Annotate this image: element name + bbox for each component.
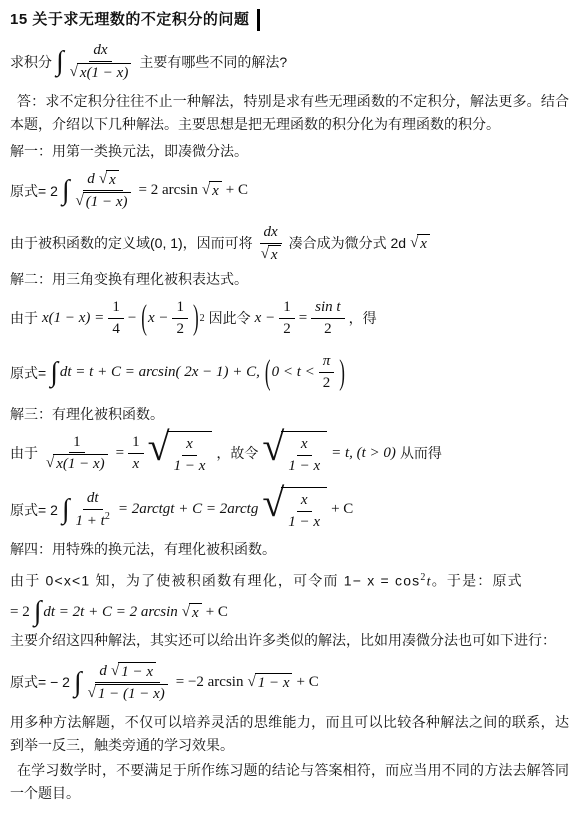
radicand: x1 − x [281, 487, 327, 532]
text-caret [257, 9, 260, 31]
math-fragment: 由于 [10, 308, 38, 328]
math-fragment: 由于 [10, 443, 38, 463]
note-pre: 由于被积函数的定义域(0, 1)，因而可将 [10, 233, 253, 253]
sqrt: √1 − x [111, 662, 156, 681]
fraction-numerator: dx [89, 41, 111, 62]
math-fragment: d [99, 663, 107, 679]
math-fragment: x(1 − x) = [42, 310, 104, 327]
note-mid: 凑合成为微分式 2d [289, 233, 406, 253]
integral-sign: ∫ [34, 599, 42, 624]
fraction-numerator: 1 [172, 298, 188, 319]
solution2-line2: 原式= ∫ dt = t + C = arcsin( 2x − 1) + C, … [10, 352, 569, 393]
solution3-heading: 解三：有理化被积函数。 [10, 403, 569, 425]
fraction-denominator: 1 − x [284, 512, 324, 532]
fraction-denominator: x [129, 454, 144, 474]
math-fragment: x − [255, 310, 276, 327]
title-row: 15 关于求无理数的不定积分的问题 [10, 8, 569, 31]
fraction-numerator: x [297, 435, 312, 456]
solution4-line2: = 2 ∫ dt = 2t + C = 2 arcsin √x + C [10, 599, 569, 624]
fraction-numerator: sin t [311, 298, 344, 319]
solution2-line1: 由于 x(1 − x) = 14 − ( x − 12 ) 2 因此令 x − … [10, 298, 569, 339]
fraction-numerator: 1 [108, 298, 124, 319]
big-paren-right: ) [339, 352, 345, 393]
math-fragment: 由于 0<x<1 知，为了使被积函数有理化，可令而 1− x = cos [10, 572, 420, 588]
fraction: 12 [279, 298, 295, 339]
math-fragment: = t, (t > 0) [331, 445, 396, 462]
radicand: x [106, 170, 119, 189]
radicand: (1 − x) [83, 192, 131, 211]
big-paren-right: ) [193, 298, 199, 339]
sqrt: √(1 − x) [76, 192, 131, 211]
sqrt: √1 − x [247, 673, 292, 692]
fraction-denominator: √(1 − x) [72, 191, 135, 211]
solution2-heading: 解二：用三角变换有理化被积表达式。 [10, 268, 569, 290]
math-fragment: = 2arctgt + C = 2arctg [118, 501, 259, 518]
radicand: x(1 − x) [53, 454, 107, 473]
math-fragment: d [87, 171, 95, 187]
formula-lhs: 原式= [10, 363, 46, 383]
sqrt: √x [182, 603, 202, 622]
integral-sign: ∫ [56, 49, 64, 74]
fraction-denominator: √x(1 − x) [42, 453, 112, 473]
sqrt-tall: √x1 − x [262, 487, 327, 532]
solution4-heading: 解四：用特殊的换元法，有理化被积函数。 [10, 538, 569, 560]
page-title: 15 关于求无理数的不定积分的问题 [10, 11, 249, 28]
question-post: 主要有哪些不同的解法? [139, 52, 287, 72]
sqrt: √x [99, 170, 119, 189]
math-fragment: 。于是：原式 [432, 572, 523, 588]
math-fragment: − [128, 310, 136, 327]
fraction-numerator: dx [260, 223, 282, 244]
math-fragment: = [116, 445, 124, 462]
superscript: 2 [105, 511, 110, 522]
radicand: x1 − x [281, 431, 327, 476]
solution1-note: 由于被积函数的定义域(0, 1)，因而可将 dx √x 凑合成为微分式 2d √… [10, 223, 569, 264]
fraction: π2 [319, 352, 335, 393]
fraction: dx √x(1 − x) [66, 41, 136, 82]
closing-paragraph-2: 在学习数学时，不要满足于所作练习题的结论与答案相符，而应当用不同的方法去解答同一… [10, 759, 569, 805]
solution1-formula: 原式= 2 ∫ d √x √(1 − x) = 2 arcsin √x + C [10, 170, 569, 211]
math-fragment: x − [148, 310, 169, 327]
sqrt-tall: √x1 − x [148, 431, 213, 476]
radicand: 1 − x [255, 673, 293, 692]
sqrt: √x [410, 234, 430, 253]
solution4-line1: 由于 0<x<1 知，为了使被积函数有理化，可令而 1− x = cos2t。于… [10, 566, 569, 594]
solution3-line2: 原式= 2 ∫ dt 1 + t2 = 2arctgt + C = 2arctg… [10, 487, 569, 532]
fraction-denominator: 2 [320, 319, 336, 339]
formula-lhs: = 2 [10, 604, 30, 621]
formula-lhs: 原式= − 2 [10, 672, 70, 692]
sqrt: √1 − (1 − x) [88, 684, 168, 703]
question-formula: 求积分 ∫ dx √x(1 − x) 主要有哪些不同的解法? [10, 41, 569, 82]
big-paren-left: ( [265, 352, 271, 393]
sqrt: √x(1 − x) [70, 63, 132, 82]
fraction: 1x [128, 433, 144, 474]
fraction-denominator: 1 + t2 [72, 510, 114, 531]
fraction: x1 − x [284, 491, 324, 532]
fraction-numerator: 1 [69, 433, 85, 454]
radicand: 1 − x [118, 662, 156, 681]
fraction: x1 − x [284, 435, 324, 476]
fraction-numerator: 1 [279, 298, 295, 319]
fraction-denominator: 2 [172, 319, 188, 339]
final-formula: 原式= − 2 ∫ d √1 − x √1 − (1 − x) = −2 arc… [10, 662, 569, 703]
closing-paragraph-1: 用多种方法解题，不仅可以培养灵活的思维能力，而且可以比较各种解法之间的联系，达到… [10, 711, 569, 757]
radicand: x1 − x [167, 431, 213, 476]
math-fragment: + C [206, 604, 228, 621]
fraction: 1 √x(1 − x) [42, 433, 112, 474]
fraction: x1 − x [170, 435, 210, 476]
fraction-denominator: 1 − x [284, 456, 324, 476]
sqrt: √x [202, 181, 222, 200]
fraction-numerator: 1 [128, 433, 144, 454]
fraction: dx √x [257, 223, 285, 264]
solution1-heading: 解一：用第一类换元法，即凑微分法。 [10, 140, 569, 162]
more-methods-paragraph: 主要介绍这四种解法，其实还可以给出许多类似的解法，比如用凑微分法也可如下进行： [10, 629, 569, 652]
integral-sign: ∫ [62, 497, 70, 522]
integral-sign: ∫ [62, 178, 70, 203]
math-fragment: + C [296, 674, 318, 691]
fraction: d √1 − x √1 − (1 − x) [84, 662, 172, 703]
radicand: x [209, 181, 222, 200]
radicand: x [189, 603, 202, 622]
fraction-denominator: 4 [108, 319, 124, 339]
sqrt: √x(1 − x) [46, 454, 108, 473]
math-fragment: 从而得 [400, 443, 442, 463]
fraction-denominator: √1 − (1 − x) [84, 683, 172, 703]
sqrt-tall: √x1 − x [262, 431, 327, 476]
fraction: sin t2 [311, 298, 344, 339]
fraction: 12 [172, 298, 188, 339]
document-page: 15 关于求无理数的不定积分的问题 求积分 ∫ dx √x(1 − x) 主要有… [0, 0, 579, 832]
superscript: 2 [200, 313, 205, 324]
fraction: d √x √(1 − x) [72, 170, 135, 211]
integral-sign: ∫ [50, 360, 58, 385]
integral-sign: ∫ [74, 670, 82, 695]
math-fragment: 因此令 [209, 308, 251, 328]
fraction-numerator: π [319, 352, 335, 373]
math-fragment: + C [226, 182, 248, 199]
radicand: x [268, 245, 281, 264]
radicand: x(1 − x) [77, 63, 131, 82]
math-fragment: dt = 2t + C = 2 arcsin [43, 604, 177, 621]
math-fragment: dt = t + C = arcsin( 2x − 1) + C, [60, 364, 260, 381]
fraction-denominator: 1 − x [170, 456, 210, 476]
radicand: 1 − (1 − x) [95, 684, 168, 703]
formula-lhs: 原式= 2 [10, 500, 58, 520]
fraction-numerator: d √x [83, 170, 123, 191]
math-fragment: 1 + t [76, 513, 105, 529]
math-fragment: ，得 [349, 308, 377, 328]
math-fragment: = −2 arcsin [176, 674, 244, 691]
fraction: 14 [108, 298, 124, 339]
fraction: dt 1 + t2 [72, 489, 114, 531]
fraction-denominator: 2 [279, 319, 295, 339]
big-paren-left: ( [141, 298, 147, 339]
fraction-denominator: 2 [319, 373, 335, 393]
radicand: x [417, 234, 430, 253]
fraction-denominator: √x(1 − x) [66, 62, 136, 82]
math-fragment: 0 < t < [272, 364, 315, 381]
question-pre: 求积分 [10, 52, 52, 72]
fraction-denominator: √x [257, 244, 285, 264]
math-fragment: = [299, 310, 307, 327]
sqrt: √x [261, 245, 281, 264]
fraction-numerator: d √1 − x [95, 662, 160, 683]
fraction-numerator: dt [83, 489, 103, 510]
formula-lhs: 原式= 2 [10, 181, 58, 201]
answer-paragraph: 答：求不定积分往往不止一种解法，特别是求有些无理函数的不定积分，解法更多。结合本… [10, 90, 569, 136]
math-fragment: + C [331, 501, 353, 518]
math-fragment: ，故令 [216, 443, 258, 463]
solution3-line1: 由于 1 √x(1 − x) = 1x √x1 − x ，故令 √x1 − x … [10, 431, 569, 476]
fraction-numerator: x [297, 491, 312, 512]
fraction-numerator: x [182, 435, 197, 456]
math-fragment: = 2 arcsin [139, 182, 198, 199]
